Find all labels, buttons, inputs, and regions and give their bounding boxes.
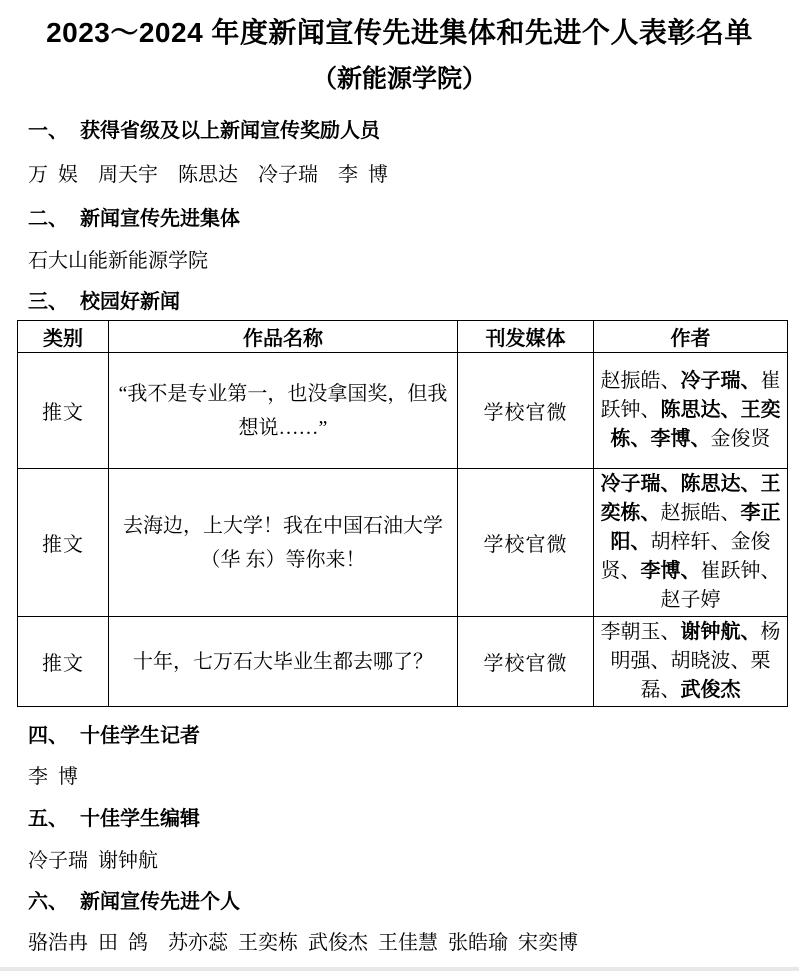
author-name: 赵振皓、 — [661, 502, 741, 524]
category-cell: 推文 — [18, 353, 109, 469]
author-name: 胡梓轩、 — [651, 531, 731, 553]
column-header: 作者 — [594, 321, 788, 353]
column-header: 类别 — [18, 321, 109, 353]
section-1-heading-text: 获得省级及以上新闻宣传奖励人员 — [80, 120, 380, 142]
section-5-number: 五、 — [28, 807, 80, 831]
document-body: 2023～2024 年度新闻宣传先进集体和先进个人表彰名单 （新能源学院） 一、… — [0, 0, 799, 955]
page-subtitle: （新能源学院） — [28, 63, 771, 95]
section-5-heading: 五、十佳学生编辑 — [28, 807, 771, 831]
section-3-heading: 三、校园好新闻 — [28, 290, 771, 314]
section-3-number: 三、 — [28, 290, 80, 314]
work-title-cell: “我不是专业第一，也没拿国奖，但我想说……” — [109, 353, 458, 469]
section-2-number: 二、 — [28, 207, 80, 231]
section-4-heading-text: 十佳学生记者 — [80, 725, 200, 747]
author-name: 赵子婷 — [661, 589, 721, 611]
column-header: 作品名称 — [109, 321, 458, 353]
authors-cell: 李朝玉、谢钟航、杨明强、胡晓波、栗磊、武俊杰 — [594, 617, 788, 707]
section-4-number: 四、 — [28, 724, 80, 748]
document-page: 2023～2024 年度新闻宣传先进集体和先进个人表彰名单 （新能源学院） 一、… — [0, 0, 799, 971]
section-1-names: 万 娱 周天宇 陈思达 冷子瑞 李 博 — [28, 163, 771, 187]
table-row: 推文十年，七万石大毕业生都去哪了？学校官微李朝玉、谢钟航、杨明强、胡晓波、栗磊、… — [18, 617, 788, 707]
author-name: 李博、 — [641, 560, 701, 582]
author-name: 陈思达、 — [661, 399, 741, 421]
table-row: 推文去海边，上大学！我在中国石油大学（华 东）等你来！学校官微冷子瑞、陈思达、王… — [18, 469, 788, 617]
section-4-names: 李 博 — [28, 765, 771, 789]
section-2-names: 石大山能新能源学院 — [28, 249, 771, 273]
category-cell: 推文 — [18, 469, 109, 617]
media-cell: 学校官微 — [458, 469, 594, 617]
authors-cell: 冷子瑞、陈思达、王奕栋、赵振皓、李正阳、胡梓轩、金俊贤、李博、崔跃钟、赵子婷 — [594, 469, 788, 617]
media-cell: 学校官微 — [458, 617, 594, 707]
author-name: 金俊贤 — [711, 428, 771, 450]
author-name: 谢钟航、 — [681, 621, 761, 643]
table-header-row: 类别作品名称刊发媒体作者 — [18, 321, 788, 353]
section-2-heading-text: 新闻宣传先进集体 — [80, 208, 240, 230]
section-5-heading-text: 十佳学生编辑 — [80, 808, 200, 830]
page-title: 2023～2024 年度新闻宣传先进集体和先进个人表彰名单 — [28, 16, 771, 50]
author-name: 陈思达、 — [681, 473, 761, 495]
section-6-names: 骆浩冉 田 鸽 苏亦蕊 王奕栋 武俊杰 王佳慧 张皓瑜 宋奕博 — [28, 931, 771, 955]
author-name: 胡晓波、 — [671, 650, 751, 672]
media-cell: 学校官微 — [458, 353, 594, 469]
table-row: 推文“我不是专业第一，也没拿国奖，但我想说……”学校官微赵振皓、冷子瑞、崔跃钟、… — [18, 353, 788, 469]
awards-table-wrap: 类别作品名称刊发媒体作者 推文“我不是专业第一，也没拿国奖，但我想说……”学校官… — [17, 320, 787, 707]
work-title-cell: 去海边，上大学！我在中国石油大学（华 东）等你来！ — [109, 469, 458, 617]
author-name: 武俊杰 — [681, 679, 741, 701]
author-name: 赵振皓、 — [601, 370, 681, 392]
awards-table: 类别作品名称刊发媒体作者 推文“我不是专业第一，也没拿国奖，但我想说……”学校官… — [17, 320, 788, 707]
section-6-heading: 六、新闻宣传先进个人 — [28, 890, 771, 914]
category-cell: 推文 — [18, 617, 109, 707]
author-name: 李朝玉、 — [601, 621, 681, 643]
author-name: 崔跃钟、 — [701, 560, 781, 582]
column-header: 刊发媒体 — [458, 321, 594, 353]
authors-cell: 赵振皓、冷子瑞、崔跃钟、陈思达、王奕栋、李博、金俊贤 — [594, 353, 788, 469]
section-2-heading: 二、新闻宣传先进集体 — [28, 207, 771, 231]
author-name: 李博、 — [651, 428, 711, 450]
section-4-heading: 四、十佳学生记者 — [28, 724, 771, 748]
author-name: 冷子瑞、 — [601, 473, 681, 495]
section-3-heading-text: 校园好新闻 — [80, 291, 180, 313]
section-1-heading: 一、获得省级及以上新闻宣传奖励人员 — [28, 119, 771, 143]
section-6-heading-text: 新闻宣传先进个人 — [80, 891, 240, 913]
section-5-names: 冷子瑞 谢钟航 — [28, 849, 771, 873]
work-title-cell: 十年，七万石大毕业生都去哪了？ — [109, 617, 458, 707]
section-6-number: 六、 — [28, 890, 80, 914]
author-name: 冷子瑞、 — [681, 370, 761, 392]
section-1-number: 一、 — [28, 119, 80, 143]
page-bottom-edge — [0, 967, 799, 971]
